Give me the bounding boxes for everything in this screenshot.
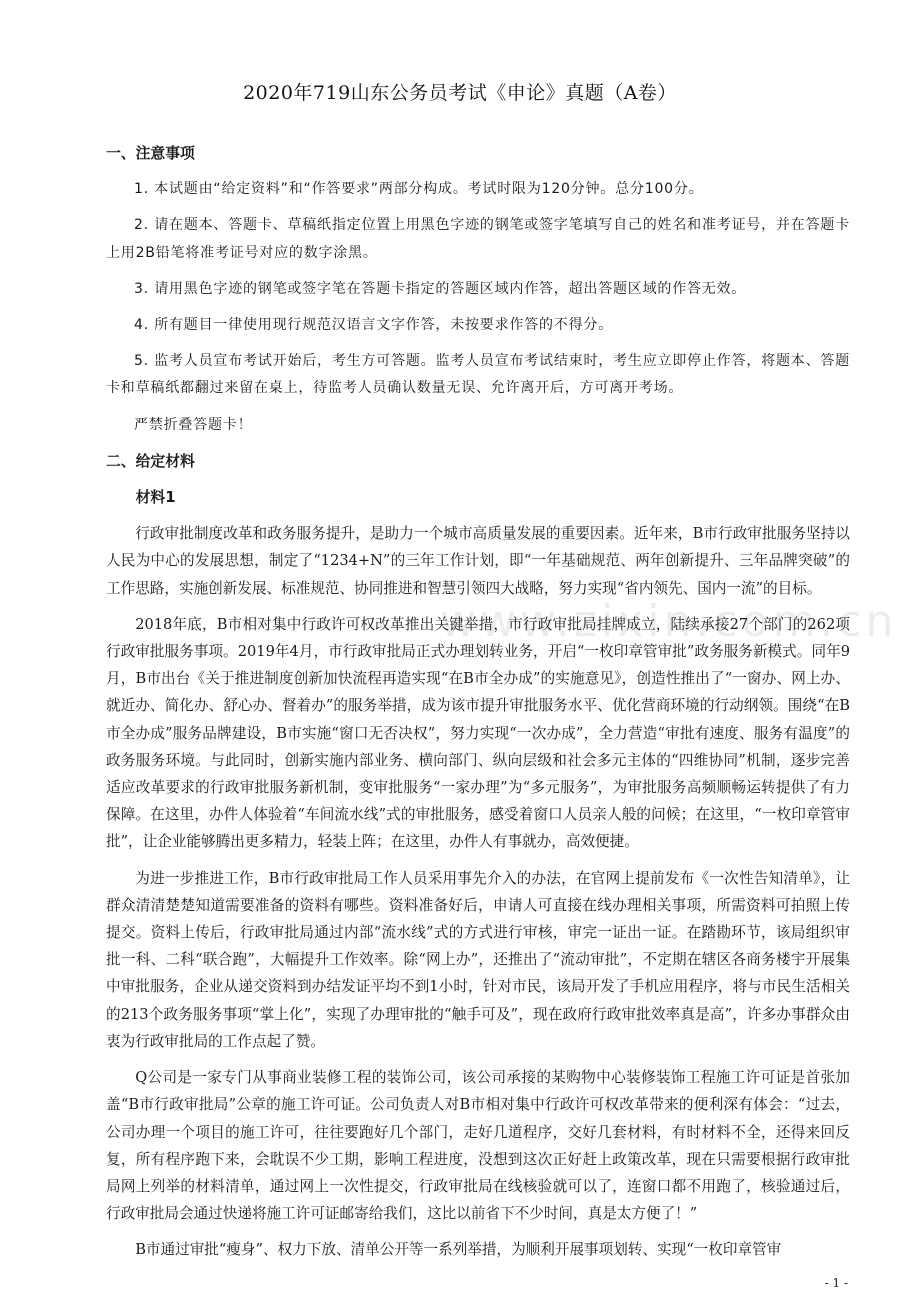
material-paragraph-3: 为进一步推进工作，B市行政审批局工作人员采用事先介入的办法，在官网上提前发布《一…: [106, 865, 850, 1055]
section-heading-notes: 一、注意事项: [106, 140, 850, 167]
note-item-4: 4. 所有题目一律使用现行规范汉语言文字作答，未按要求作答的不得分。: [106, 312, 850, 339]
section-heading-materials: 二、给定材料: [106, 448, 850, 475]
material-paragraph-2: 2018年底，B市相对集中行政许可权改革推出关键举措，市行政审批局挂牌成立，陆续…: [106, 611, 850, 856]
note-warning: 严禁折叠答题卡！: [106, 412, 850, 439]
document-title: 2020年719山东公务员考试《申论》真题（A卷）: [0, 78, 920, 105]
material-label: 材料1: [106, 484, 850, 511]
document-page: www.zixin.com.cn 2020年719山东公务员考试《申论》真题（A…: [0, 0, 920, 1302]
note-item-3: 3. 请用黑色字迹的钢笔或签字笔在答题卡指定的答题区域内作答，超出答题区域的作答…: [106, 276, 850, 303]
document-body: 一、注意事项 1. 本试题由“给定资料”和“作答要求”两部分构成。考试时限为12…: [106, 140, 850, 1264]
note-item-1: 1. 本试题由“给定资料”和“作答要求”两部分构成。考试时限为120分钟。总分1…: [106, 176, 850, 203]
note-item-2: 2. 请在题本、答题卡、草稿纸指定位置上用黑色字迹的钢笔或签字笔填写自己的姓名和…: [106, 212, 850, 266]
material-paragraph-4: Q公司是一家专门从事商业装修工程的装饰公司，该公司承接的某购物中心装修装饰工程施…: [106, 1064, 850, 1227]
page-number: - 1 -: [825, 1276, 848, 1290]
material-paragraph-1: 行政审批制度改革和政务服务提升，是助力一个城市高质量发展的重要因素。近年来，B市…: [106, 520, 850, 602]
note-item-5: 5. 监考人员宣布考试开始后，考生方可答题。监考人员宣布考试结束时，考生应立即停…: [106, 348, 850, 402]
material-paragraph-5: B市通过审批“瘦身”、权力下放、清单公开等一系列举措，为顺利开展事项划转、实现“…: [106, 1236, 850, 1263]
